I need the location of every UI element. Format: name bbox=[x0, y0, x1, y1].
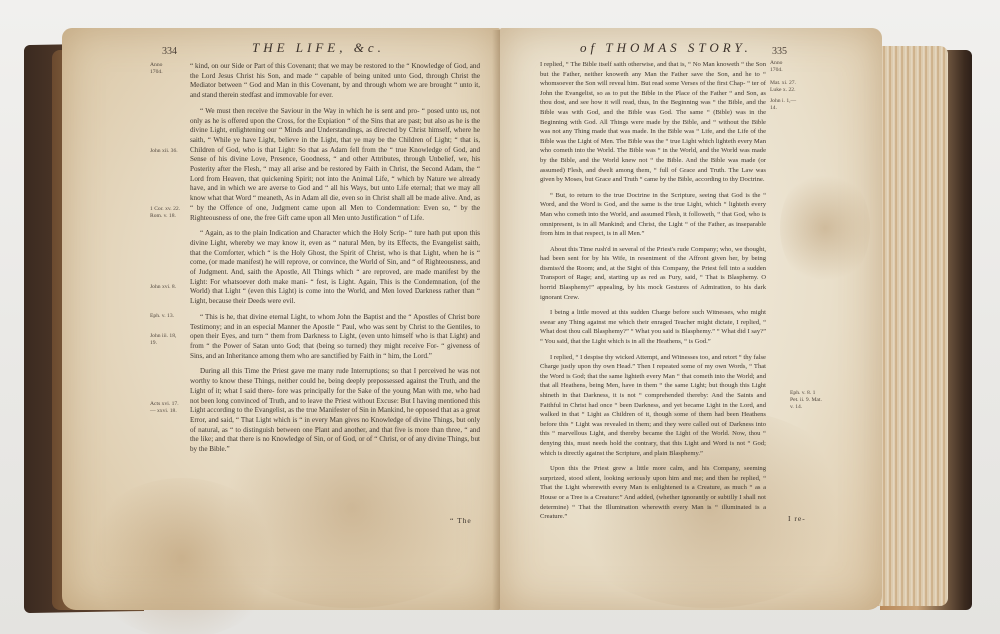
paragraph: During all this Time the Priest gave me … bbox=[190, 367, 480, 454]
paragraph: “ But, to return to the true Doctrine in… bbox=[540, 191, 766, 239]
margin-note: 1 Cor. xv. 22. Rom. v. 18. bbox=[150, 206, 184, 220]
catchword: I re- bbox=[788, 514, 806, 523]
left-page-body: “ kind, on our Side or Part of this Cove… bbox=[190, 62, 480, 461]
margin-note: John xvi. 8. bbox=[150, 284, 184, 291]
paragraph: I replied, “ The Bible itself saith othe… bbox=[540, 60, 766, 185]
paragraph: I replied, “ I despise thy wicked Attemp… bbox=[540, 353, 766, 459]
paragraph: About this Time rush'd in several of the… bbox=[540, 245, 766, 303]
margin-note: Eph. v. 13. bbox=[150, 313, 184, 320]
catchword: “ The bbox=[450, 516, 472, 525]
left-page: 334 THE LIFE, &c. Anno 1704. John xii. 3… bbox=[62, 28, 500, 610]
paragraph: I being a little moved at this sudden Ch… bbox=[540, 308, 766, 346]
right-page: of THOMAS STORY. 335 Anno 1704. Mat. xi.… bbox=[500, 28, 882, 610]
margin-note: John xii. 36. bbox=[150, 148, 184, 155]
paragraph: “ This is he, that divine eternal Light,… bbox=[190, 313, 480, 362]
year-note-label: Anno bbox=[150, 62, 184, 69]
paragraph: “ kind, on our Side or Part of this Cove… bbox=[190, 62, 480, 101]
year-note-value: 1704. bbox=[770, 67, 804, 74]
paragraph: Upon this the Priest grew a little more … bbox=[540, 464, 766, 522]
year-note-label: Anno bbox=[770, 60, 804, 67]
page-number: 334 bbox=[162, 46, 177, 57]
running-head: THE LIFE, &c. bbox=[252, 40, 385, 56]
right-page-body: I replied, “ The Bible itself saith othe… bbox=[540, 60, 766, 528]
margin-note: Acts xvi. 17. — xxvi. 18. bbox=[150, 401, 184, 415]
page-stain bbox=[82, 478, 282, 634]
margin-note: Eph. v. 8. 1 Pet. ii. 9. Mat. v. 14. bbox=[790, 390, 824, 411]
year-note: Anno 1704. bbox=[770, 60, 804, 74]
page-stain bbox=[780, 168, 870, 288]
year-note: Anno 1704. bbox=[150, 62, 184, 76]
margin-note: John i. 1,— 14. bbox=[770, 98, 804, 112]
running-head: of THOMAS STORY. bbox=[580, 40, 752, 56]
year-note-value: 1704. bbox=[150, 69, 184, 76]
paragraph: “ We must then receive the Saviour in th… bbox=[190, 107, 480, 223]
paragraph: “ Again, as to the plain Indication and … bbox=[190, 229, 480, 307]
margin-note: Mat. xi. 27. Luke x. 22. bbox=[770, 80, 804, 94]
margin-note: John iii. 18, 19. bbox=[150, 333, 184, 347]
open-book: 334 THE LIFE, &c. Anno 1704. John xii. 3… bbox=[0, 0, 1000, 634]
page-number: 335 bbox=[772, 46, 787, 57]
